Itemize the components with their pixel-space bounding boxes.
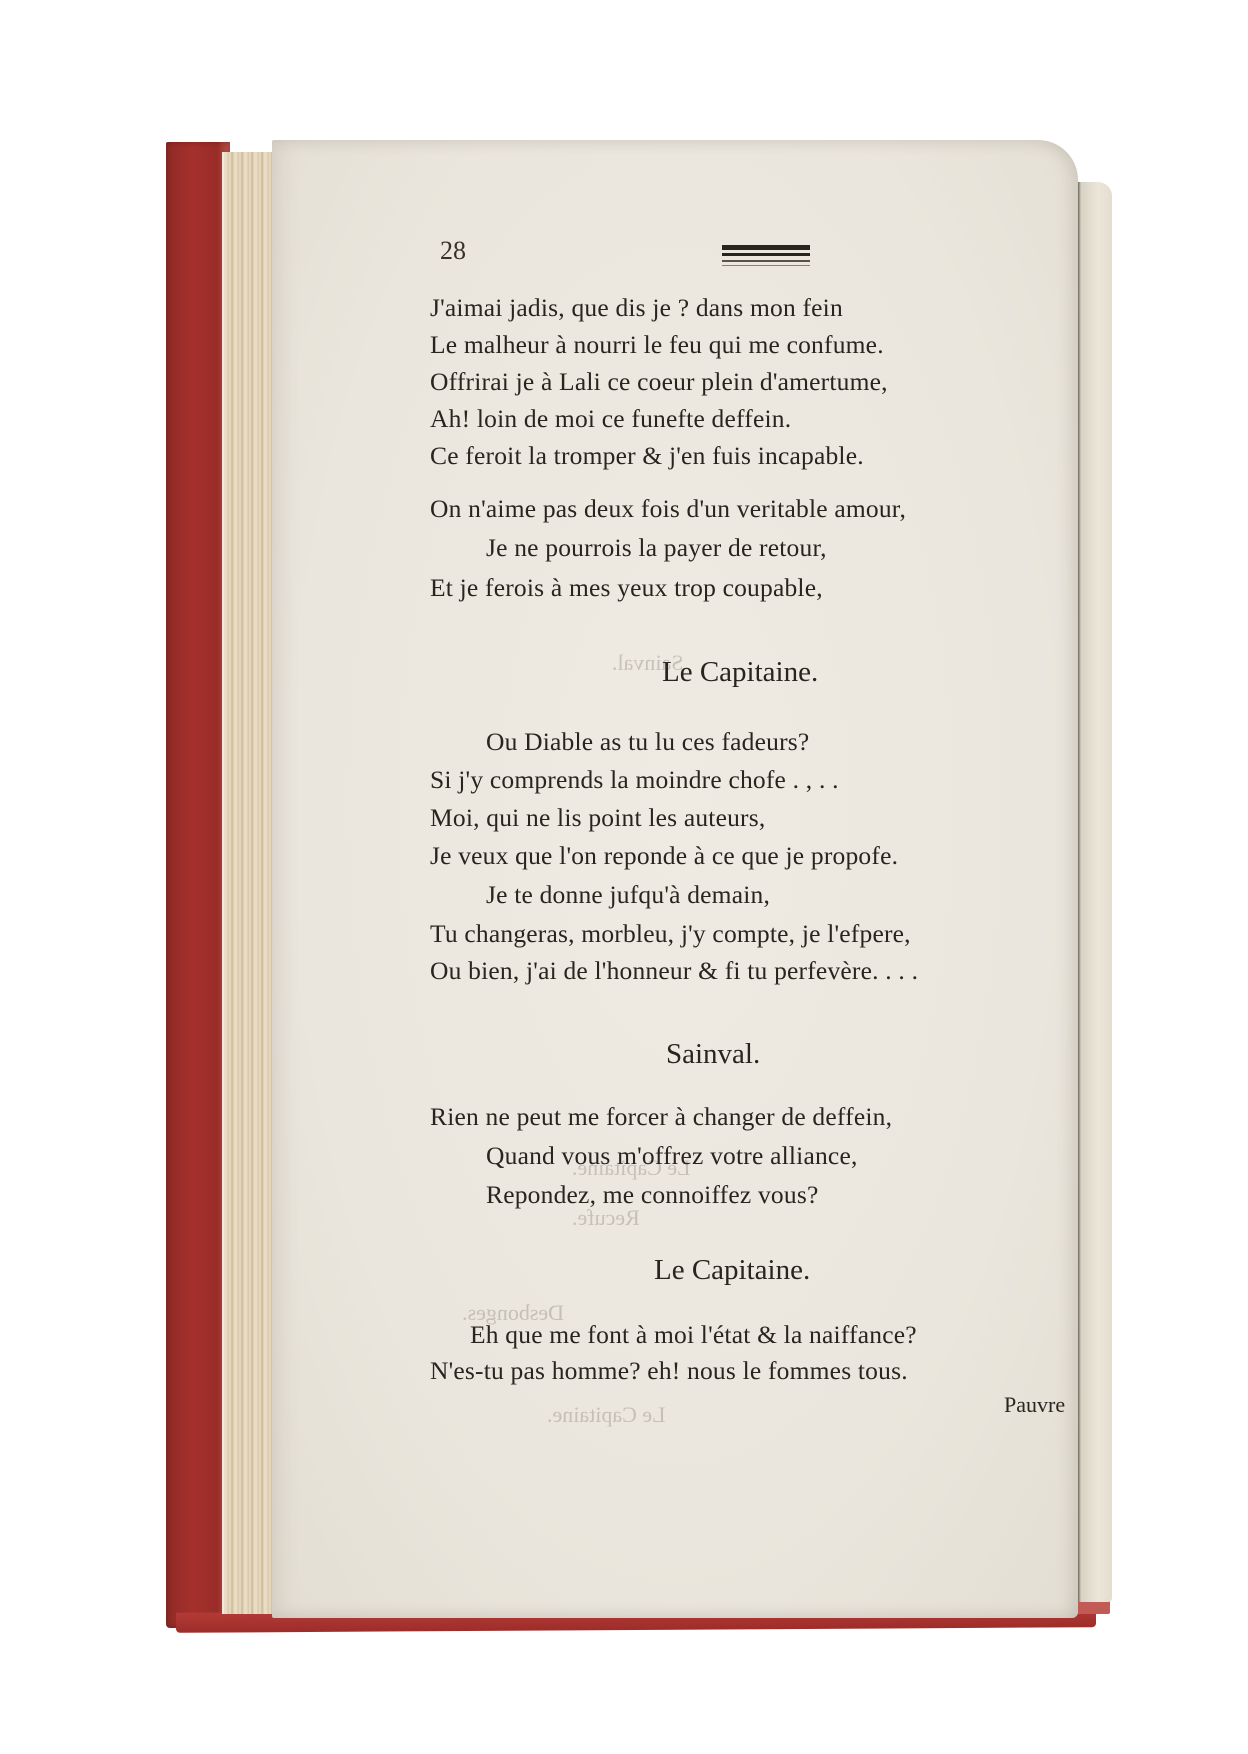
- printed-page: Sainval. Le Capitaine. Recufe. Desbonges…: [272, 140, 1078, 1618]
- speaker-heading: Sainval.: [666, 1038, 760, 1071]
- verse-line: Ce feroit la tromper & j'en fuis incapab…: [430, 441, 864, 471]
- show-through-text: Le Capitaine.: [547, 1402, 666, 1428]
- page-block-edges: [222, 152, 276, 1614]
- catchword: Pauvre: [1004, 1392, 1065, 1418]
- verse-line: Ah! loin de moi ce funefte deffein.: [430, 404, 791, 434]
- verse-line: Et je ferois à mes yeux trop coupable,: [430, 573, 823, 603]
- verse-line: Quand vous m'offrez votre alliance,: [486, 1141, 858, 1171]
- verse-line: On n'aime pas deux fois d'un veritable a…: [430, 494, 906, 524]
- verse-line: Si j'y comprends la moindre chofe . , . …: [430, 765, 839, 795]
- speaker-heading: Le Capitaine.: [654, 1254, 810, 1287]
- verse-line: Ou Diable as tu lu ces fadeurs?: [486, 727, 809, 757]
- verse-line: Moi, qui ne lis point les auteurs,: [430, 803, 765, 833]
- verse-line: Je veux que l'on reponde à ce que je pro…: [430, 841, 898, 871]
- red-leather-binding-spine: [166, 142, 230, 1628]
- verse-line: Ou bien, j'ai de l'honneur & fi tu perfe…: [430, 956, 918, 986]
- verse-line: Je ne pourrois la payer de retour,: [486, 533, 827, 563]
- verse-line: Le malheur à nourri le feu qui me confum…: [430, 330, 884, 360]
- speaker-heading: Le Capitaine.: [662, 656, 818, 689]
- verse-line: Rien ne peut me forcer à changer de deff…: [430, 1102, 892, 1132]
- verse-line: Repondez, me connoiffez vous?: [486, 1180, 818, 1210]
- facing-page-edge: [1078, 182, 1112, 1602]
- verse-line: J'aimai jadis, que dis je ? dans mon fei…: [430, 293, 843, 323]
- verse-line: Offrirai je à Lali ce coeur plein d'amer…: [430, 367, 888, 397]
- verse-line: Je te donne jufqu'à demain,: [486, 880, 770, 910]
- verse-line: Tu changeras, morbleu, j'y compte, je l'…: [430, 919, 911, 949]
- verse-line: N'es-tu pas homme? eh! nous le fommes to…: [430, 1356, 908, 1386]
- headpiece-rule-ornament: [722, 245, 810, 266]
- page-number: 28: [440, 236, 466, 266]
- verse-line: Eh que me font à moi l'état & la naiffan…: [470, 1320, 917, 1350]
- book-photograph: Sainval. Le Capitaine. Recufe. Desbonges…: [0, 0, 1248, 1754]
